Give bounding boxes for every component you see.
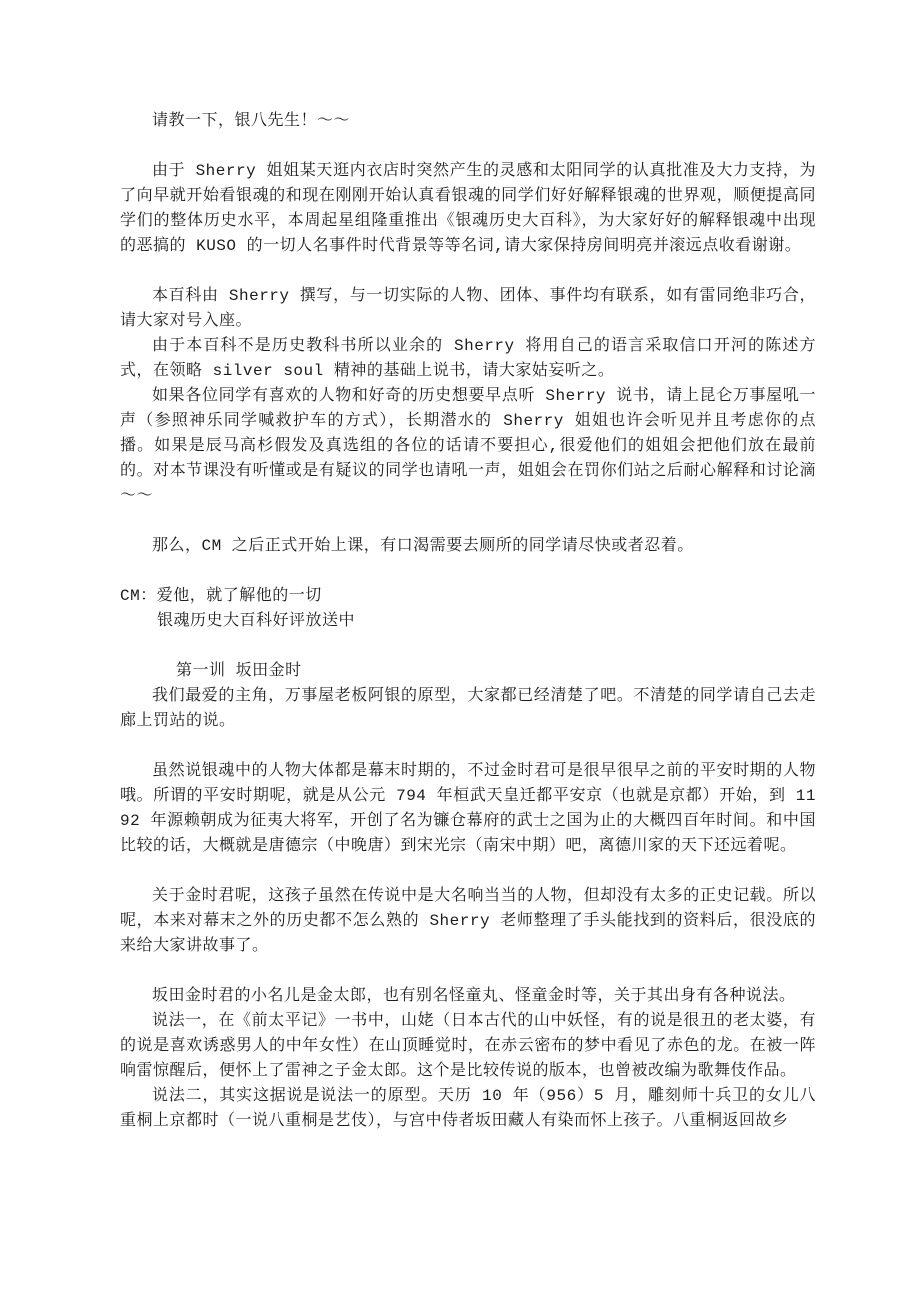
lesson-title: 第一训 坂田金时	[120, 659, 816, 684]
heian-period-paragraph: 虽然说银魂中的人物大体都是幕末时期的，不过金时君可是很早很早之前的平安时期的人物…	[120, 759, 816, 859]
protagonist-paragraph: 我们最爱的主角，万事屋老板阿银的原型，大家都已经清楚了吧。不清楚的同学请自己去走…	[120, 684, 816, 734]
greeting-line: 请教一下，银八先生！～～	[120, 109, 816, 134]
style-note-paragraph: 由于本百科不是历史教科书所以业余的 Sherry 将用自己的语言采取信口开河的陈…	[120, 334, 816, 384]
cm-slogan-line-2: 银魂历史大百科好评放送中	[120, 609, 816, 634]
document-body: 请教一下，银八先生！～～ 由于 Sherry 姐姐某天逛内衣店时突然产生的灵感和…	[120, 109, 816, 1134]
legend-one-paragraph: 说法一，在《前太平记》一书中，山姥（日本古代的山中妖怪，有的说是很丑的老太婆，有…	[120, 1009, 816, 1084]
nickname-paragraph: 坂田金时君的小名儿是金太郎，也有别名怪童丸、怪童金时等，关于其出身有各种说法。	[120, 984, 816, 1009]
cm-slogan-line-1: CM：爱他，就了解他的一切	[120, 584, 816, 609]
intro-paragraph: 由于 Sherry 姐姐某天逛内衣店时突然产生的灵感和太阳同学的认真批准及大力支…	[120, 159, 816, 259]
request-paragraph: 如果各位同学有喜欢的人物和好奇的历史想要早点听 Sherry 说书，请上昆仑万事…	[120, 384, 816, 509]
disclaimer-paragraph: 本百科由 Sherry 撰写，与一切实际的人物、团体、事件均有联系，如有雷同绝非…	[120, 284, 816, 334]
transition-paragraph: 那么，CM 之后正式开始上课，有口渴需要去厕所的同学请尽快或者忍着。	[120, 534, 816, 559]
legend-two-paragraph: 说法二，其实这据说是说法一的原型。天历 10 年（956）5 月，雕刻师十兵卫的…	[120, 1084, 816, 1134]
document-page: 请教一下，银八先生！～～ 由于 Sherry 姐姐某天逛内衣店时突然产生的灵感和…	[0, 0, 920, 1302]
kintoki-records-paragraph: 关于金时君呢，这孩子虽然在传说中是大名响当当的人物，但却没有太多的正史记载。所以…	[120, 884, 816, 959]
